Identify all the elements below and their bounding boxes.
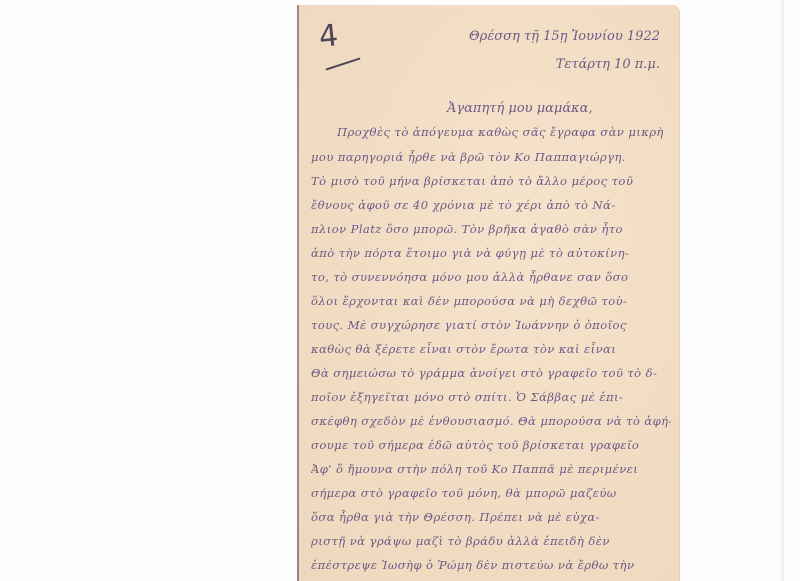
body-line: σκέφθη σχεδὸν μὲ ἐνθουσιασμό. Θὰ μπορούσ… [311,414,671,428]
body-line: Θὰ σημειώσω τὸ γράμμα ἀνοίγει στὸ γραφεῖ… [311,366,671,380]
page-number-underline [326,57,361,70]
body-line: Τὸ μισὸ τοῦ μήνα βρίσκεται ἀπὸ τὸ ἄλλο μ… [311,174,671,188]
page-number-mark: 4 [317,18,340,55]
letter-page: 4 Θρέσση τῇ 15ῃ Ἰουνίου 1922 Τετάρτη 10 … [297,5,680,581]
body-line: Ἀφ' ὅ ἤμουνα στὴν πόλη τοῦ Κο Παππᾶ μὲ π… [311,462,671,476]
body-line: μου παρηγοριά ἦρθε νὰ βρῶ τὸν Κο Παππαγι… [311,150,671,164]
body-line: ἐπέστρεψε Ἰωσὴφ ὁ Ῥώμη δὲν πιστεύω νὰ ἔρ… [311,558,671,572]
body-line: καθὼς θὰ ξέρετε εἶναι στὸν ἔρωτα τὸν καὶ… [311,342,671,356]
body-line: ὅλοι ἔρχονται καὶ δὲν μπορούσα νὰ μὴ δεχ… [311,294,671,308]
scanner-edge [781,0,784,581]
body-line: ἔθνους ἀφοῦ σε 40 χρόνια μὲ τὸ χέρι ἀπὸ … [311,198,671,212]
body-line: Προχθὲς τὸ ἀπόγευμα καθὼς σᾶς ἔγραφα σὰν… [337,125,671,139]
letter-day-time: Τετάρτη 10 π.μ. [556,57,660,72]
body-line: τους. Μὲ συγχώρησε γιατί στὸν Ἰωάννην ὁ … [311,318,671,332]
body-line: ριστῇ νὰ γράψω μαζὶ τὸ βράδυ ἀλλὰ ἐπειδὴ… [311,534,671,548]
body-line: ποῖον ἐξηγεῖται μόνο στὸ σπίτι. Ὁ Σάββας… [311,390,671,404]
body-line: πλιον Platz ὅσο μπορῶ. Τὸν βρῆκα ἀγαθὸ σ… [311,222,671,236]
body-line: ἀπὸ τὴν πόρτα ἕτοιμο γιὰ νὰ φύγῃ μὲ τὸ α… [311,246,671,260]
body-line: το, τὸ συνεννόησα μόνο μου ἀλλὰ ἦρθανε σ… [311,270,671,284]
body-line: σήμερα στὸ γραφεῖο τοῦ μόνη, θὰ μπορῶ μα… [311,486,671,500]
body-line: σουμε τοῦ σήμερα ἐδῶ αὐτὸς τοῦ βρίσκεται… [311,438,671,452]
body-line: ὅσα ἦρθα γιὰ τὴν Θρέσση. Πρέπει νὰ μὲ εὐ… [311,510,671,524]
letter-place-date: Θρέσση τῇ 15ῃ Ἰουνίου 1922 [469,29,660,44]
letter-salutation: Ἀγαπητή μου μαμάκα, [447,101,593,116]
